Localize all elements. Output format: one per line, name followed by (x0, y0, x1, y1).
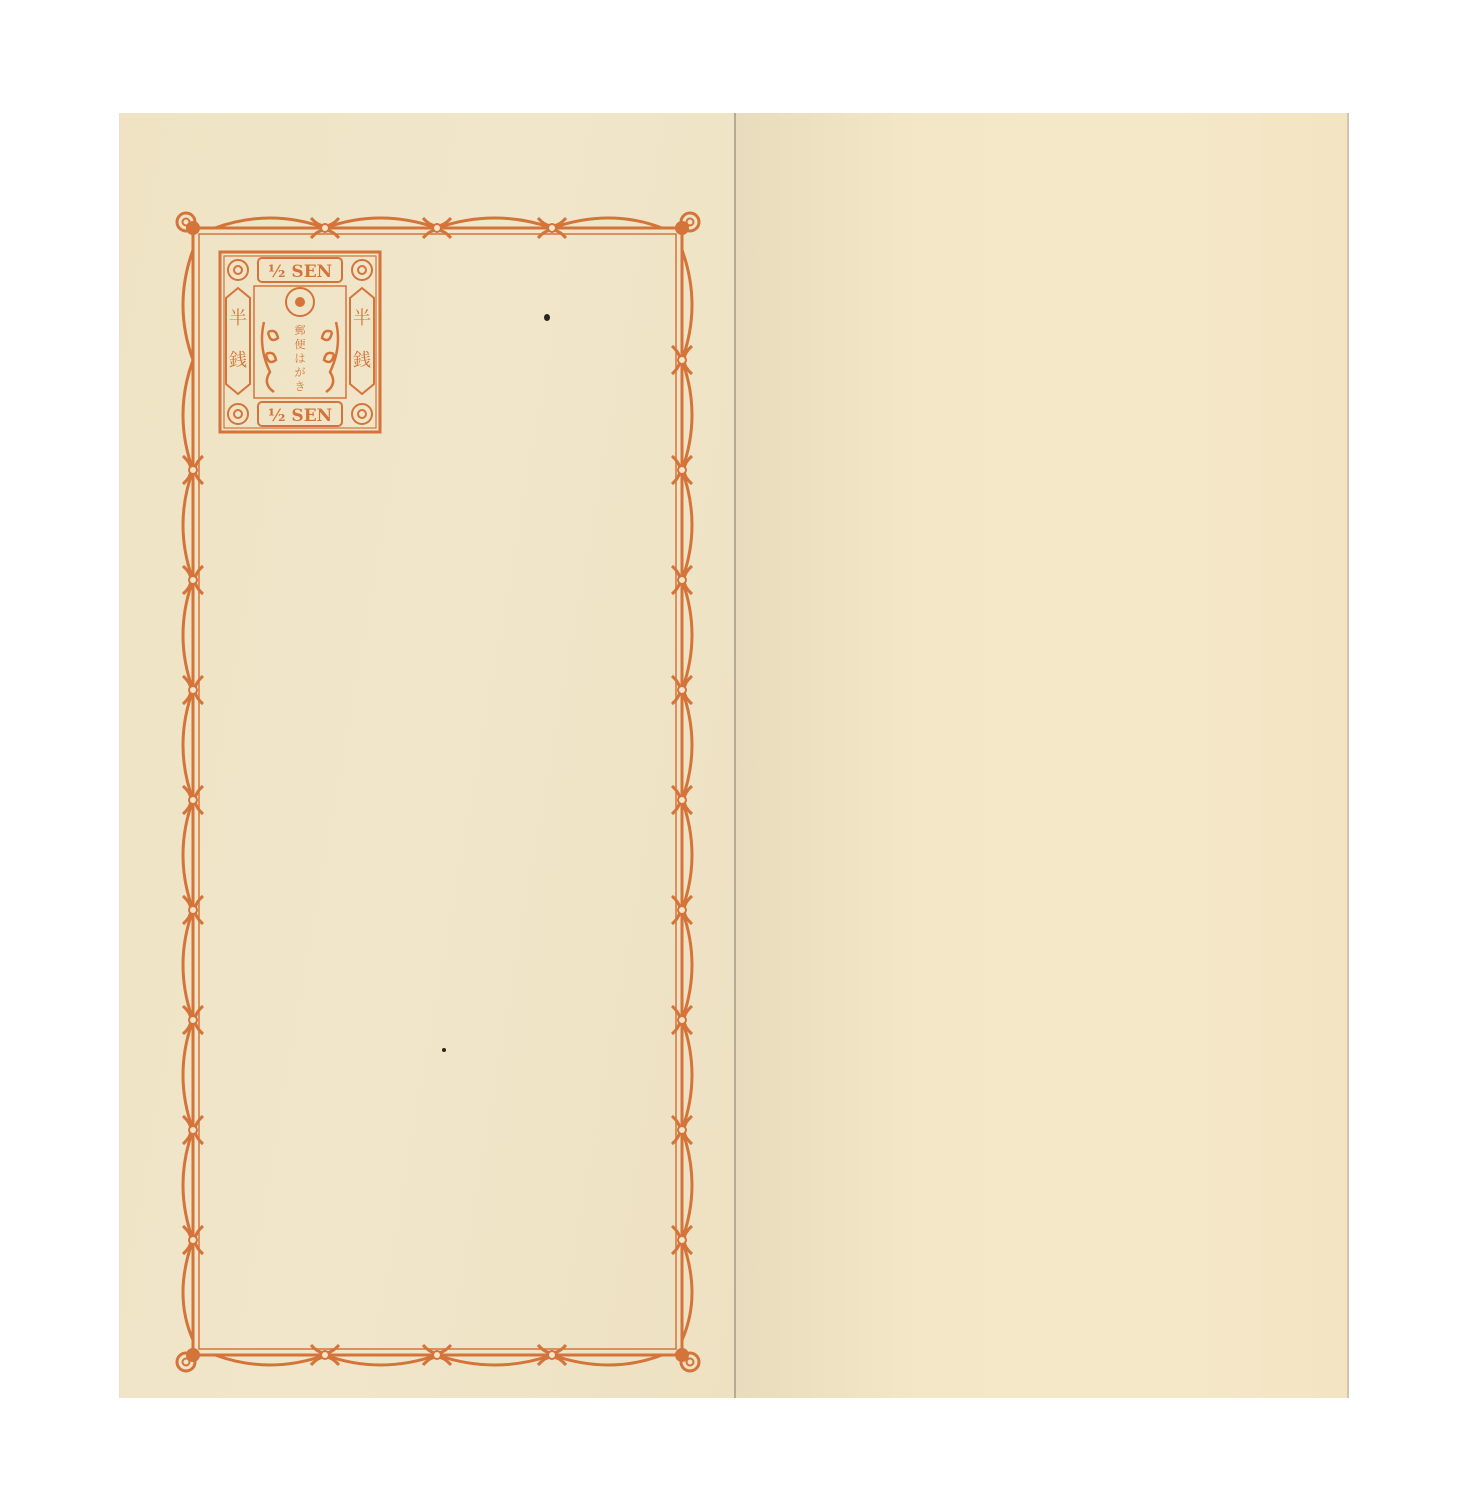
denomination-top: ½ SEN (268, 262, 332, 282)
corner-scrolls (177, 213, 699, 1371)
side-label-left-2: 銭 (229, 350, 247, 371)
center-char-5: き (295, 380, 306, 393)
stamp-imprint: ½ SEN ½ SEN 半 銭 半 銭 郵 便 は が き (220, 252, 380, 432)
ornamental-frame: ½ SEN ½ SEN 半 銭 半 銭 郵 便 は が き (0, 0, 1460, 1506)
side-label-left-1: 半 (229, 308, 247, 329)
center-char-1: 郵 (295, 324, 306, 337)
side-label-right-1: 半 (353, 308, 371, 329)
ribbon-knots (183, 218, 692, 1365)
center-char-3: は (295, 352, 306, 365)
side-label-right-2: 銭 (353, 350, 371, 371)
center-char-4: が (295, 366, 306, 379)
center-char-2: 便 (295, 338, 306, 351)
denomination-bottom: ½ SEN (268, 406, 332, 426)
